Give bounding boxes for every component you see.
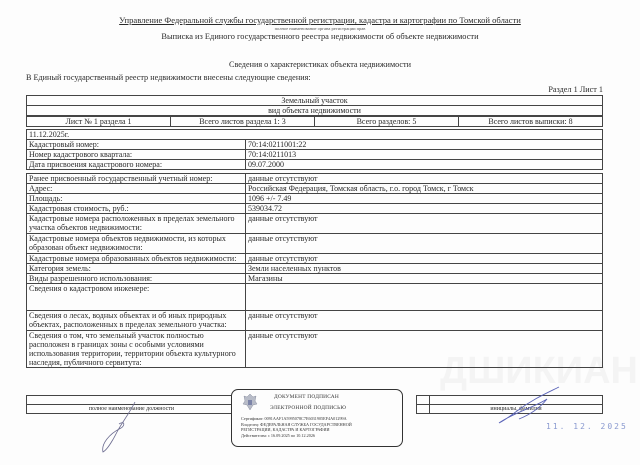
row-value: данные отсутствуют [246,254,603,264]
details-table: Ранее присвоенный государственный учетны… [26,173,603,368]
section-title: Сведения о характеристиках объекта недви… [0,60,640,69]
row-value: данные отсутствуют [246,311,603,331]
handwritten-signature-icon [95,400,145,455]
handwritten-date-stamp: 11. 12. 2025 [546,422,628,431]
row-label: Кадастровые номера объектов недвижимости… [27,234,246,254]
object-type-caption: вид объекта недвижимости [27,106,603,116]
handwritten-initials-icon [495,385,565,425]
stamp-line-2: ЭЛЕКТРОННОЙ ПОДПИСЬЮ [270,406,346,412]
stamp-line-1: ДОКУМЕНТ ПОДПИСАН [274,395,339,401]
table-row: Кадастровый номер: 70:14:0211001:22 [27,140,603,150]
organization-caption: полное наименование органа регистрации п… [0,26,640,31]
electronic-signature-stamp: ДОКУМЕНТ ПОДПИСАН ЭЛЕКТРОННОЙ ПОДПИСЬЮ С… [231,389,403,447]
table-row: Дата присвоения кадастрового номера: 09.… [27,160,603,170]
table-row: Площадь: 1096 +/- 7.49 [27,194,603,204]
row-value: данные отсутствуют [246,214,603,234]
row-label: Ранее присвоенный государственный учетны… [27,174,246,184]
table-row: Номер кадастрового квартала: 70:14:02110… [27,150,603,160]
row-label: Сведения о кадастровом инженере: [27,284,246,311]
intro-text: В Единый государственный реестр недвижим… [26,73,311,82]
sheet-reference: Раздел 1 Лист 1 [548,85,603,94]
table-row: Сведения о том, что земельный участок по… [27,331,603,368]
row-value: данные отсутствуют [246,174,603,184]
cadastral-value: 539034.72 [246,204,603,214]
sheet-number: Лист № 1 раздела 1 [27,117,171,127]
row-label: Сведения о том, что земельный участок по… [27,331,246,368]
extract-date: 11.12.2025г. [27,130,603,140]
pagination-table: Лист № 1 раздела 1 Всего листов раздела … [26,116,603,127]
table-row: Сведения о кадастровом инженере: [27,284,603,311]
document-title: Выписка из Единого государственного реес… [0,32,640,41]
certificate-number: Сертификат: 0091AAF1A5995078C7E6031905EF… [241,416,352,422]
table-row: Кадастровые номера объектов недвижимости… [27,234,603,254]
row-label: Номер кадастрового квартала: [27,150,246,160]
identifiers-table: 11.12.2025г. Кадастровый номер: 70:14:02… [26,129,603,170]
row-label: Адрес: [27,184,246,194]
address-value: Российская Федерация, Томская область, г… [246,184,603,194]
row-label: Кадастровый номер: [27,140,246,150]
assignment-date: 09.07.2000 [246,160,603,170]
row-value: данные отсутствуют [246,331,603,368]
row-label: Кадастровые номера образованных объектов… [27,254,246,264]
cadastral-quarter: 70:14:0211013 [246,150,603,160]
cadastral-number: 70:14:0211001:22 [246,140,603,150]
object-type-table: Земельный участок вид объекта недвижимос… [26,95,603,116]
row-label: Площадь: [27,194,246,204]
row-label: Категория земель: [27,264,246,274]
row-value [246,284,603,311]
table-row: Сведения о лесах, водных объектах и об и… [27,311,603,331]
table-row: Категория земель: Земли населенных пункт… [27,264,603,274]
certificate-validity: Действителен: с 16.09.2025 по 10.12.2026 [241,433,352,439]
table-row: Ранее присвоенный государственный учетны… [27,174,603,184]
row-label: Кадастровая стоимость, руб.: [27,204,246,214]
table-row: Адрес: Российская Федерация, Томская обл… [27,184,603,194]
sheets-in-section: Всего листов раздела 1: 3 [171,117,315,127]
table-row: Виды разрешенного использования: Магазин… [27,274,603,284]
permitted-use-value: Магазины [246,274,603,284]
object-type: Земельный участок [27,96,603,106]
sheets-total: Всего листов выписки: 8 [459,117,603,127]
row-label: Сведения о лесах, водных объектах и об и… [27,311,246,331]
table-row: Кадастровые номера расположенных в преде… [27,214,603,234]
row-value: данные отсутствуют [246,234,603,254]
land-category-value: Земли населенных пунктов [246,264,603,274]
row-label: Виды разрешенного использования: [27,274,246,284]
row-label: Дата присвоения кадастрового номера: [27,160,246,170]
sections-total: Всего разделов: 5 [315,117,459,127]
coat-of-arms-icon [242,392,258,412]
row-label: Кадастровые номера расположенных в преде… [27,214,246,234]
area-value: 1096 +/- 7.49 [246,194,603,204]
organization-name: Управление Федеральной службы государств… [0,15,640,25]
table-row: Кадастровые номера образованных объектов… [27,254,603,264]
table-row: Кадастровая стоимость, руб.: 539034.72 [27,204,603,214]
